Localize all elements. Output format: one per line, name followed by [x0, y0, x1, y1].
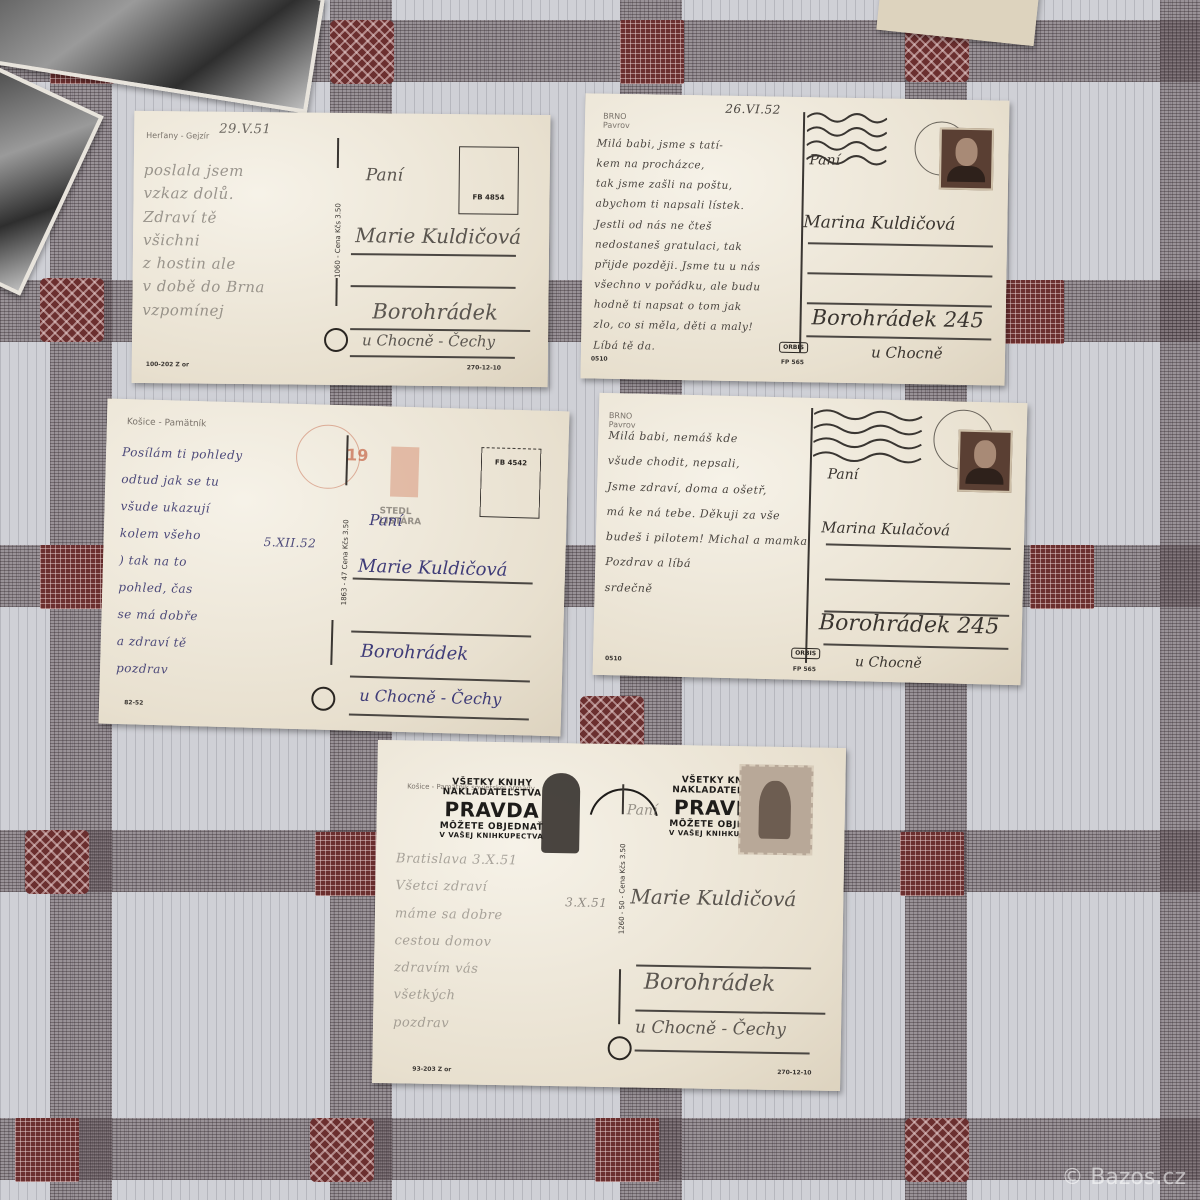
- place-label: Herľany - Gejzír: [146, 131, 209, 141]
- address-line: [823, 643, 1008, 649]
- print-code: 82-52: [124, 699, 143, 707]
- figure-cancellation-icon: [541, 773, 580, 854]
- address-line: [826, 543, 1011, 549]
- meter-mark-icon: [390, 447, 419, 498]
- address-town: Borohrádek: [372, 299, 498, 324]
- address-region: u Chocně: [871, 343, 943, 362]
- address-name: Marie Kuldičová: [358, 556, 508, 581]
- postcard-4[interactable]: BRNO Pavrov Milá babi, nemáš kde všude c…: [593, 393, 1028, 685]
- address-line: [636, 964, 811, 969]
- message: Milá babi, nemáš kde všude chodit, nepsa…: [604, 423, 810, 605]
- place-label: BRNO Pavrov: [603, 112, 630, 130]
- address-salutation: Paní: [369, 511, 402, 530]
- publisher-logo: ORBIS: [779, 342, 808, 354]
- stamp-box: FB 4854: [458, 146, 519, 215]
- tablecloth-knot: [40, 278, 104, 342]
- address-town: Borohrádek: [360, 641, 468, 665]
- tablecloth-band: [1160, 0, 1200, 1200]
- postcard-1[interactable]: Herľany - Gejzír 29.V.51 poslala jsem vz…: [132, 111, 551, 387]
- wavy-cancellation-icon: [813, 406, 924, 469]
- address-salutation: Paní: [827, 466, 858, 483]
- red-postmark-icon: [295, 424, 361, 490]
- tablecloth-knot: [595, 1118, 659, 1182]
- address-line: [807, 272, 992, 277]
- place-label: Košice - Pamätník: [127, 417, 207, 429]
- stamp-box: FB 4542: [479, 447, 541, 519]
- address-name: Marie Kuldičová: [630, 884, 796, 911]
- address-salutation: Paní: [366, 165, 403, 185]
- address-line: [635, 1049, 810, 1054]
- address-region: u Chocně - Čechy: [362, 331, 495, 350]
- address-line: [349, 713, 529, 720]
- price-code: 1060 - Cena Kčs 3.50: [334, 178, 343, 278]
- date: 26.VI.52: [725, 100, 781, 120]
- date: 5.XII.52: [263, 533, 316, 553]
- postcard-3[interactable]: Košice - Pamätník 19 STEDL LISTÁRA Posíl…: [99, 399, 570, 737]
- address-line: [635, 1009, 825, 1014]
- print-code: 0510: [605, 655, 622, 662]
- divider: [337, 138, 339, 168]
- publisher-logo: ORBIS: [791, 648, 820, 660]
- tablecloth-knot: [15, 1118, 79, 1182]
- address-line: [825, 578, 1010, 584]
- tablecloth-knot: [310, 1118, 374, 1182]
- portrait-stamp-icon: [957, 430, 1012, 493]
- print-code: 0510: [591, 355, 608, 362]
- divider: [618, 969, 621, 1024]
- address-town: Borohrádek 245: [819, 610, 1000, 639]
- stamp-box-code: FB 4854: [460, 193, 518, 202]
- address-name: Marie Kuldičová: [355, 223, 521, 249]
- watermark: © Bazos.cz: [1061, 1165, 1186, 1190]
- publisher-logo-icon: [607, 1036, 631, 1060]
- message: Milá babi, jsme s tatí- kem na procházce…: [593, 134, 763, 359]
- portrait-stamp-icon: [939, 128, 994, 191]
- address-line: [808, 242, 993, 247]
- print-code: FP 565: [781, 359, 804, 366]
- address-town: Borohrádek: [644, 970, 776, 997]
- print-code: FP 565: [793, 666, 816, 674]
- publisher-logo-icon: [324, 328, 348, 352]
- tablecloth-knot: [25, 830, 89, 894]
- address-line: [351, 285, 516, 288]
- address-line: [351, 253, 516, 256]
- address-region: u Chocně - Čechy: [635, 1017, 786, 1040]
- address-line: [351, 631, 531, 638]
- date: 29.V.51: [219, 120, 271, 141]
- divider: [335, 278, 337, 306]
- address-region: u Chocně: [855, 654, 922, 672]
- postcard-2[interactable]: BRNO Pavrov 26.VI.52 Milá babi, jsme s t…: [581, 93, 1010, 385]
- message: Bratislava 3.X.51 Všetci zdraví máme sa …: [393, 845, 518, 1038]
- tablecloth-knot: [620, 20, 684, 84]
- message: Posílám ti pohledy odtud jak se tu všude…: [116, 439, 243, 685]
- address-line: [350, 355, 515, 358]
- date: 3.X.51: [565, 893, 607, 912]
- postcard-5[interactable]: Košice - Pamätník sovietskej armády VŠET…: [372, 740, 846, 1091]
- print-code: 93-203 Z or: [412, 1066, 451, 1074]
- address-town: Borohrádek 245: [811, 305, 984, 332]
- address-name: Marina Kuldičová: [803, 212, 955, 235]
- address-line: [350, 675, 530, 682]
- address-region: u Chocně - Čechy: [359, 686, 501, 709]
- print-code: 100-202 Z or: [146, 361, 189, 368]
- print-code: 270-12-10: [467, 364, 501, 371]
- tablecloth-knot: [330, 20, 394, 84]
- publisher-logo-icon: [311, 686, 336, 711]
- stamp-box-code: FB 4542: [482, 458, 540, 468]
- message: poslala jsem vzkaz dolů. Zdraví tě všich…: [142, 159, 266, 323]
- address-line: [806, 335, 991, 340]
- tablecloth-knot: [40, 545, 104, 609]
- print-code: 270-12-10: [777, 1069, 811, 1077]
- tablecloth-knot: [315, 832, 379, 896]
- postage-stamp-icon: [738, 764, 814, 855]
- slogan-cancellation-left: VŠETKY KNIHY NAKLADATEĽSTVA PRAVDA MÔŽET…: [431, 777, 552, 841]
- address-salutation: Paní: [627, 802, 658, 819]
- tablecloth-knot: [1000, 280, 1064, 344]
- divider: [330, 620, 333, 665]
- price-code: 1863 - 47 Cena Kčs 3.50: [340, 505, 351, 605]
- tablecloth-knot: [900, 832, 964, 896]
- address-name: Marina Kulačová: [821, 518, 950, 539]
- tablecloth-knot: [1030, 545, 1094, 609]
- price-code: 1260 - 50 - Cena Kčs 3.50: [618, 839, 628, 934]
- address-salutation: Paní: [809, 152, 840, 169]
- tablecloth-knot: [905, 1118, 969, 1182]
